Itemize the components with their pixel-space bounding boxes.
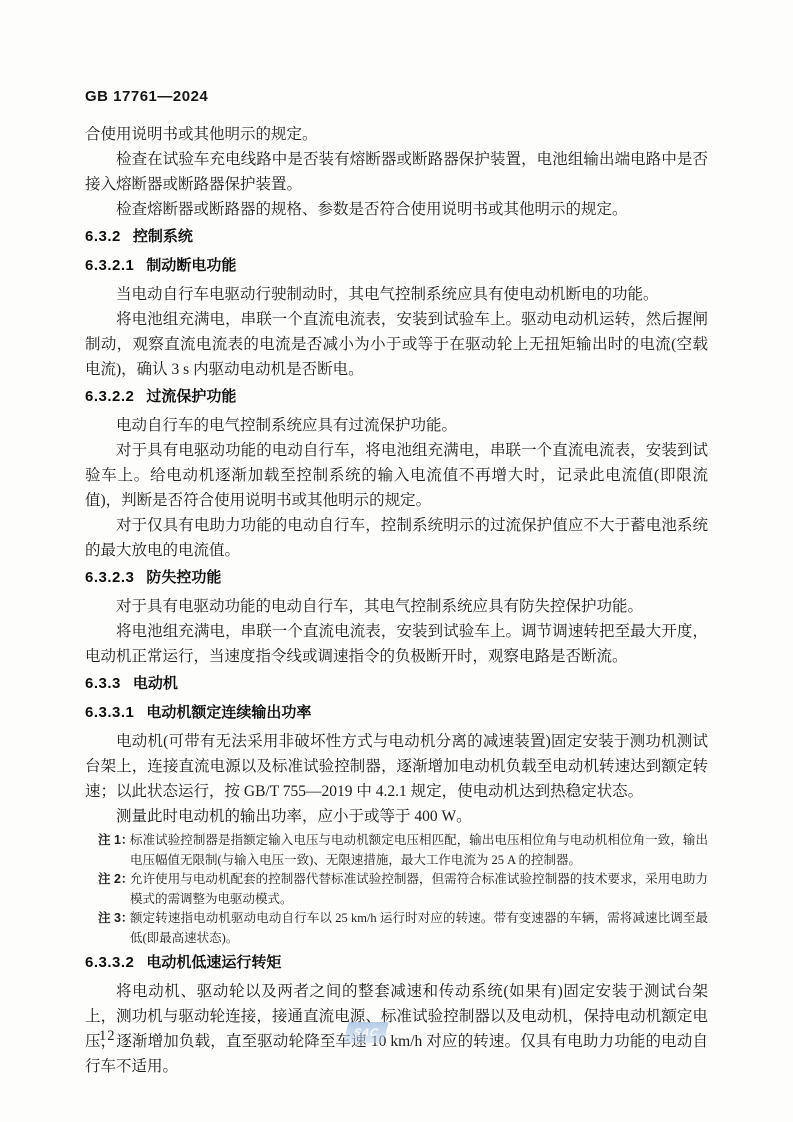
clause-title: 过流保护功能 (146, 388, 236, 405)
paragraph: 检查在试验车充电线路中是否装有熔断器或断路器保护装置，电池组输出端电路中是否接入… (85, 147, 708, 197)
note: 注 1：标准试验控制器是指额定输入电压与电动机额定电压相匹配，输出电压相位角与电… (85, 831, 708, 870)
document-page: GB 17761—2024 合使用说明书或其他明示的规定。检查在试验车充电线路中… (0, 0, 793, 1122)
clause-title: 电动机低速运行转矩 (146, 954, 281, 971)
paragraph: 将电池组充满电，串联一个直流电流表，安装到试验车上。调节调速转把至最大开度，电动… (85, 619, 708, 669)
paragraph: 合使用说明书或其他明示的规定。 (85, 122, 708, 147)
paragraph: 对于具有电驱动功能的电动自行车，将电池组充满电，串联一个直流电流表，安装到试验车… (85, 438, 708, 513)
clause-title: 防失控功能 (146, 569, 221, 586)
paragraph: 检查熔断器或断路器的规格、参数是否符合使用说明书或其他明示的规定。 (85, 197, 708, 222)
clause-heading: 6.3.3电动机 (85, 671, 708, 696)
standard-code-header: GB 17761—2024 (85, 88, 208, 105)
clause-number: 6.3.3 (85, 675, 121, 692)
sac-watermark-text: SAC (352, 1027, 380, 1039)
clause-heading: 6.3.2.2过流保护功能 (85, 384, 708, 409)
paragraph: 测量此时电动机的输出功率，应小于或等于 400 W。 (85, 804, 708, 829)
paragraph: 电动机(可带有无法采用非破坏性方式与电动机分离的减速装置)固定安装于测功机测试台… (85, 729, 708, 804)
clause-heading: 6.3.3.2电动机低速运行转矩 (85, 950, 708, 975)
clause-heading: 6.3.2.3防失控功能 (85, 565, 708, 590)
sac-watermark-logo: SAC (343, 1022, 388, 1043)
note-label: 注 3： (98, 909, 133, 929)
clause-number: 6.3.3.1 (85, 704, 134, 721)
clause-title: 电动机额定连续输出功率 (146, 704, 311, 721)
note-text: 允许使用与电动机配套的控制器代替标准试验控制器，但需符合标准试验控制器的技术要求… (130, 872, 708, 906)
note-text: 标准试验控制器是指额定输入电压与电动机额定电压相匹配，输出电压相位角与电动机相位… (130, 833, 708, 867)
note: 注 3：额定转速指电动机驱动电动自行车以 25 km/h 运行时对应的转速。带有… (85, 909, 708, 948)
clause-title: 制动断电功能 (146, 257, 236, 274)
document-body: 合使用说明书或其他明示的规定。检查在试验车充电线路中是否装有熔断器或断路器保护装… (85, 122, 708, 1079)
clause-number: 6.3.2 (85, 228, 121, 245)
paragraph: 对于具有电驱动功能的电动自行车，其电气控制系统应具有防失控保护功能。 (85, 594, 708, 619)
notes-block: 注 1：标准试验控制器是指额定输入电压与电动机额定电压相匹配，输出电压相位角与电… (85, 831, 708, 948)
paragraph: 电动自行车的电气控制系统应具有过流保护功能。 (85, 413, 708, 438)
clause-heading: 6.3.2控制系统 (85, 224, 708, 249)
clause-number: 6.3.2.1 (85, 257, 134, 274)
clause-heading: 6.3.2.1制动断电功能 (85, 253, 708, 278)
note-text: 额定转速指电动机驱动电动自行车以 25 km/h 运行时对应的转速。带有变速器的… (130, 911, 708, 945)
clause-heading: 6.3.3.1电动机额定连续输出功率 (85, 700, 708, 725)
note-label: 注 1： (98, 831, 133, 851)
clause-number: 6.3.2.3 (85, 569, 134, 586)
clause-title: 控制系统 (133, 228, 193, 245)
paragraph: 将电池组充满电，串联一个直流电流表，安装到试验车上。驱动电动机运转，然后握闸制动… (85, 307, 708, 382)
clause-number: 6.3.3.2 (85, 954, 134, 971)
clause-number: 6.3.2.2 (85, 388, 134, 405)
paragraph: 将电动机、驱动轮以及两者之间的整套减速和传动系统(如果有)固定安装于测试台架上，… (85, 979, 708, 1079)
clause-title: 电动机 (133, 675, 178, 692)
note: 注 2：允许使用与电动机配套的控制器代替标准试验控制器，但需符合标准试验控制器的… (85, 870, 708, 909)
paragraph: 对于仅具有电助力功能的电动自行车，控制系统明示的过流保护值应不大于蓄电池系统的最… (85, 513, 708, 563)
page-number: 12 (99, 1028, 116, 1045)
note-label: 注 2： (98, 870, 133, 890)
paragraph: 当电动自行车电驱动行驶制动时，其电气控制系统应具有使电动机断电的功能。 (85, 282, 708, 307)
